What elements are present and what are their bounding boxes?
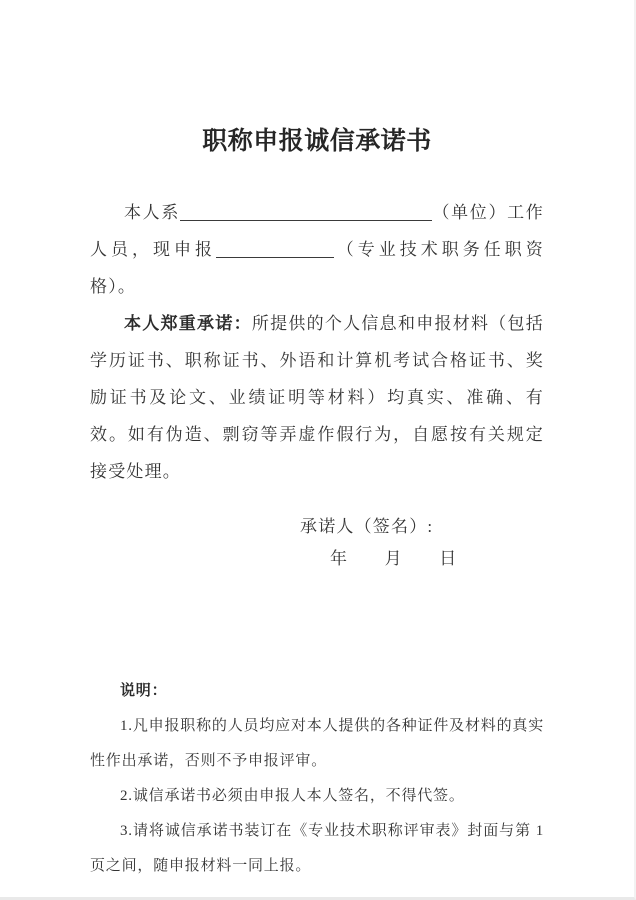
- declaration-paragraph: 本人系（单位）工作人员，现申报（专业技术职务任职资格）。: [90, 194, 544, 305]
- unit-name-blank-line: [180, 206, 432, 221]
- notes-heading: 说明：: [90, 674, 544, 709]
- document-content: 本人系（单位）工作人员，现申报（专业技术职务任职资格）。 本人郑重承诺：所提供的…: [0, 194, 634, 884]
- note-item-1: 1.凡申报职称的人员均应对本人提供的各种证件及材料的真实性作出承诺，否则不予申报…: [90, 709, 544, 779]
- date-line: 年 月 日: [90, 543, 544, 575]
- commitment-text: 所提供的个人信息和申报材料（包括学历证书、职称证书、外语和计算机考试合格证书、奖…: [90, 314, 544, 481]
- commitment-lead: 本人郑重承诺：: [124, 314, 252, 333]
- declaration-text-1: 本人系: [124, 203, 180, 222]
- signature-block: 承诺人（签名）: 年 月 日: [90, 511, 544, 575]
- note-item-2: 2.诚信承诺书必须由申报人本人签名，不得代签。: [90, 779, 544, 814]
- document-page: 职称申报诚信承诺书 本人系（单位）工作人员，现申报（专业技术职务任职资格）。 本…: [0, 0, 636, 900]
- document-title: 职称申报诚信承诺书: [0, 0, 634, 158]
- applied-title-blank-line: [216, 243, 334, 258]
- signer-label: 承诺人（签名）:: [90, 511, 544, 543]
- note-item-3: 3.请将诚信承诺书装订在《专业技术职称评审表》封面与第 1 页之间，随申报材料一…: [90, 814, 544, 884]
- commitment-paragraph: 本人郑重承诺：所提供的个人信息和申报材料（包括学历证书、职称证书、外语和计算机考…: [90, 305, 544, 490]
- notes-section: 说明： 1.凡申报职称的人员均应对本人提供的各种证件及材料的真实性作出承诺，否则…: [90, 674, 544, 884]
